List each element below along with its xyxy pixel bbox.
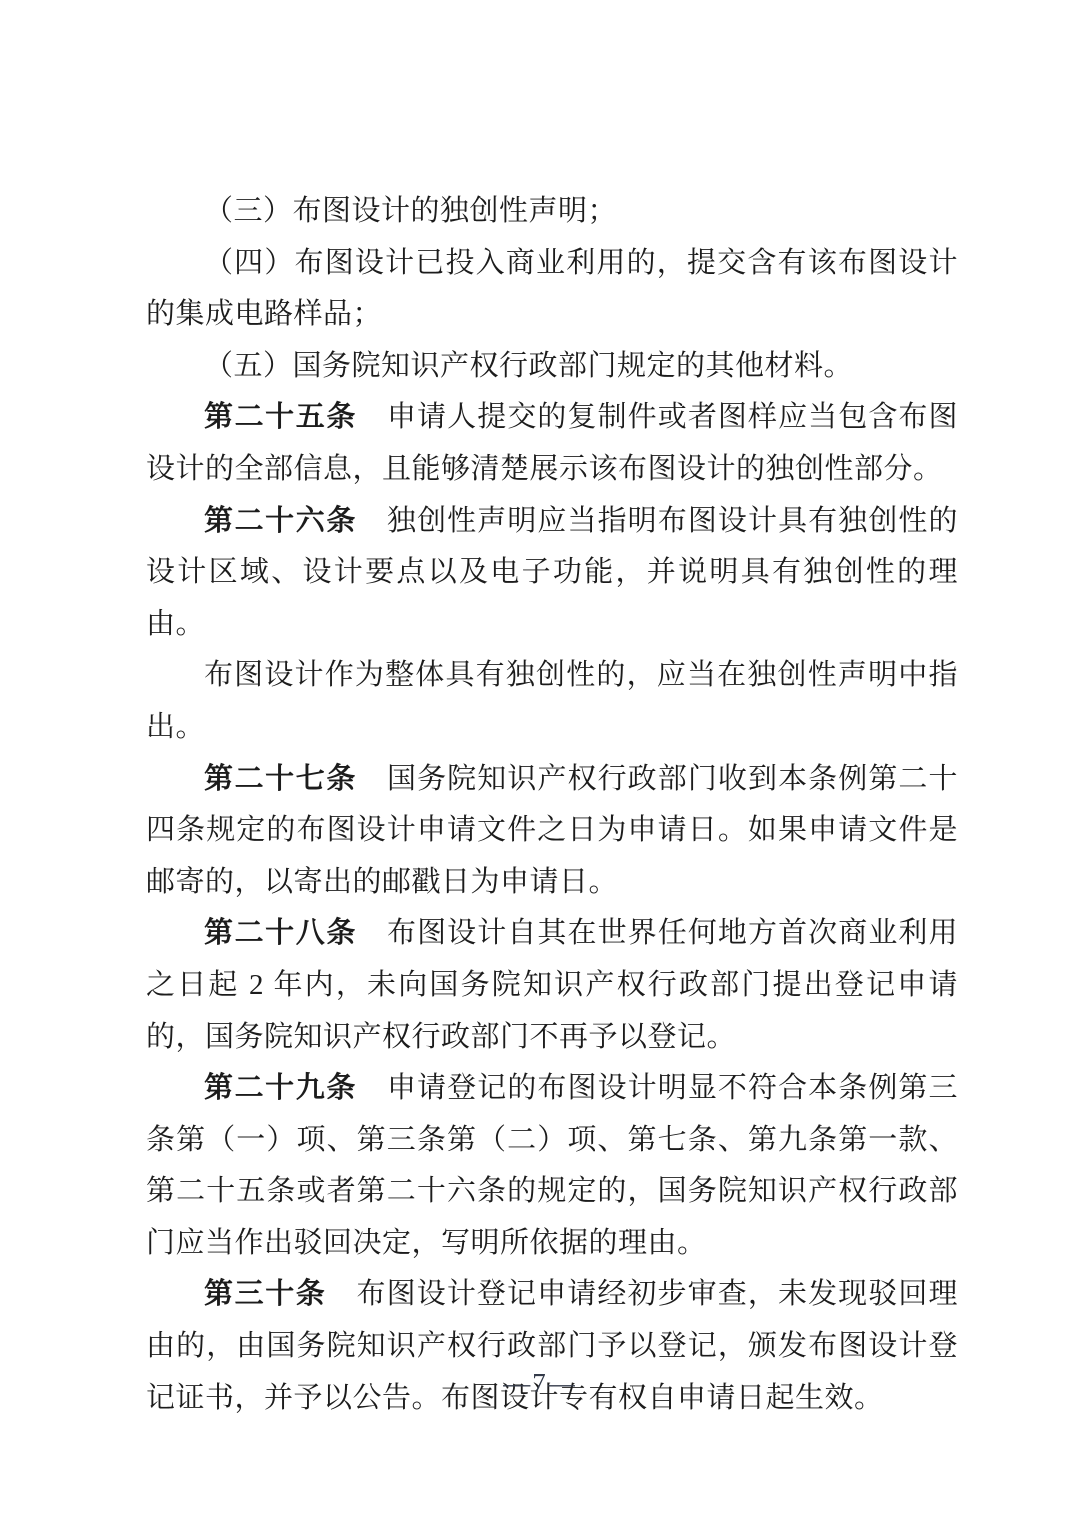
article-number-label: 第二十九条 [204,1072,357,1104]
article-paragraph: 第二十五条 申请人提交的复制件或者图样应当包含布图设计的全部信息，且能够清楚展示… [146,392,958,495]
article-paragraph: 第二十八条 布图设计自其在世界任何地方首次商业利用之日起 2 年内，未向国务院知… [146,908,958,1063]
article-number-label: 第二十六条 [204,505,357,537]
article-number-label: 第二十五条 [204,401,357,433]
article-paragraph: 第三十条 布图设计登记申请经初步审查，未发现驳回理由的，由国务院知识产权行政部门… [146,1269,958,1424]
article-number-label: 第二十七条 [204,763,357,795]
article-paragraph: 第二十九条 申请登记的布图设计明显不符合本条例第三条第（一）项、第三条第（二）项… [146,1063,958,1269]
paragraph: 布图设计作为整体具有独创性的，应当在独创性声明中指出。 [146,650,958,753]
paragraph: （四）布图设计已投入商业利用的，提交含有该布图设计的集成电路样品； [146,238,958,341]
article-number-label: 第三十条 [204,1278,326,1310]
article-paragraph: 第二十六条 独创性声明应当指明布图设计具有独创性的设计区域、设计要点以及电子功能… [146,496,958,651]
paragraph: （三）布图设计的独创性声明； [146,186,958,238]
page-number: —7— [0,1368,1080,1399]
article-paragraph: 第二十七条 国务院知识产权行政部门收到本条例第二十四条规定的布图设计申请文件之日… [146,754,958,909]
article-number-label: 第二十八条 [204,917,357,949]
paragraph: （五）国务院知识产权行政部门规定的其他材料。 [146,341,958,393]
document-page: （三）布图设计的独创性声明；（四）布图设计已投入商业利用的，提交含有该布图设计的… [0,0,1080,1527]
document-body: （三）布图设计的独创性声明；（四）布图设计已投入商业利用的，提交含有该布图设计的… [146,186,958,1424]
